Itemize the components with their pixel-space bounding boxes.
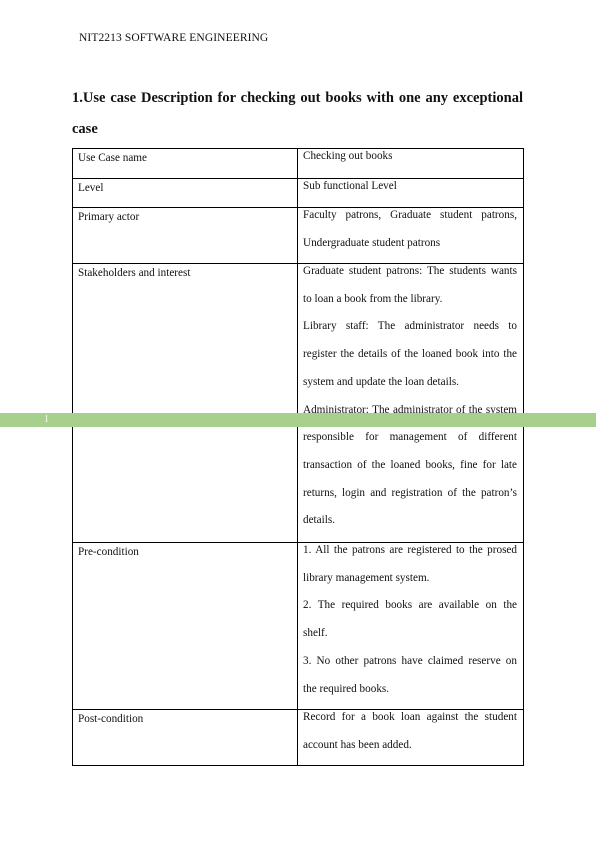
table-row: Post-condition Record for a book loan ag… (73, 710, 524, 766)
row-value: Record for a book loan against the stude… (298, 710, 524, 766)
row-value: Faculty patrons, Graduate student patron… (298, 208, 524, 264)
section-heading-line-2: case (72, 121, 98, 137)
row-label: Primary actor (73, 208, 298, 264)
row-label: Use Case name (73, 149, 298, 179)
row-value-paragraph: Record for a book loan against the stude… (303, 704, 517, 759)
row-value-paragraph: Faculty patrons, Graduate student patron… (303, 202, 517, 257)
row-value: Graduate student patrons: The students w… (298, 264, 524, 543)
page-number: 1 (44, 414, 49, 425)
row-label: Post-condition (73, 710, 298, 766)
row-value-paragraph: Checking out books (303, 143, 517, 171)
row-value-paragraph: Library staff: The administrator needs t… (303, 313, 517, 396)
table-row: Primary actor Faculty patrons, Graduate … (73, 208, 524, 264)
row-value-paragraph: Graduate student patrons: The students w… (303, 258, 517, 313)
page-header: NIT2213 SOFTWARE ENGINEERING (79, 32, 268, 44)
table-row: Pre-condition 1. All the patrons are reg… (73, 543, 524, 710)
row-label: Stakeholders and interest (73, 264, 298, 543)
row-value-paragraph: 2. The required books are available on t… (303, 592, 517, 647)
section-heading-line-1: 1.Use case Description for checking out … (72, 83, 523, 114)
use-case-table: Use Case name Checking out books Level S… (72, 148, 524, 766)
row-value-paragraph: 1. All the patrons are registered to the… (303, 537, 517, 592)
row-value-paragraph: Sub functional Level (303, 173, 517, 201)
table-row: Stakeholders and interest Graduate stude… (73, 264, 524, 543)
row-value-paragraph: 3. No other patrons have claimed reserve… (303, 648, 517, 703)
row-value: 1. All the patrons are registered to the… (298, 543, 524, 710)
section-heading: 1.Use case Description for checking out … (72, 83, 523, 145)
row-label: Level (73, 179, 298, 208)
row-label: Pre-condition (73, 543, 298, 710)
page-footer-band (0, 413, 596, 427)
